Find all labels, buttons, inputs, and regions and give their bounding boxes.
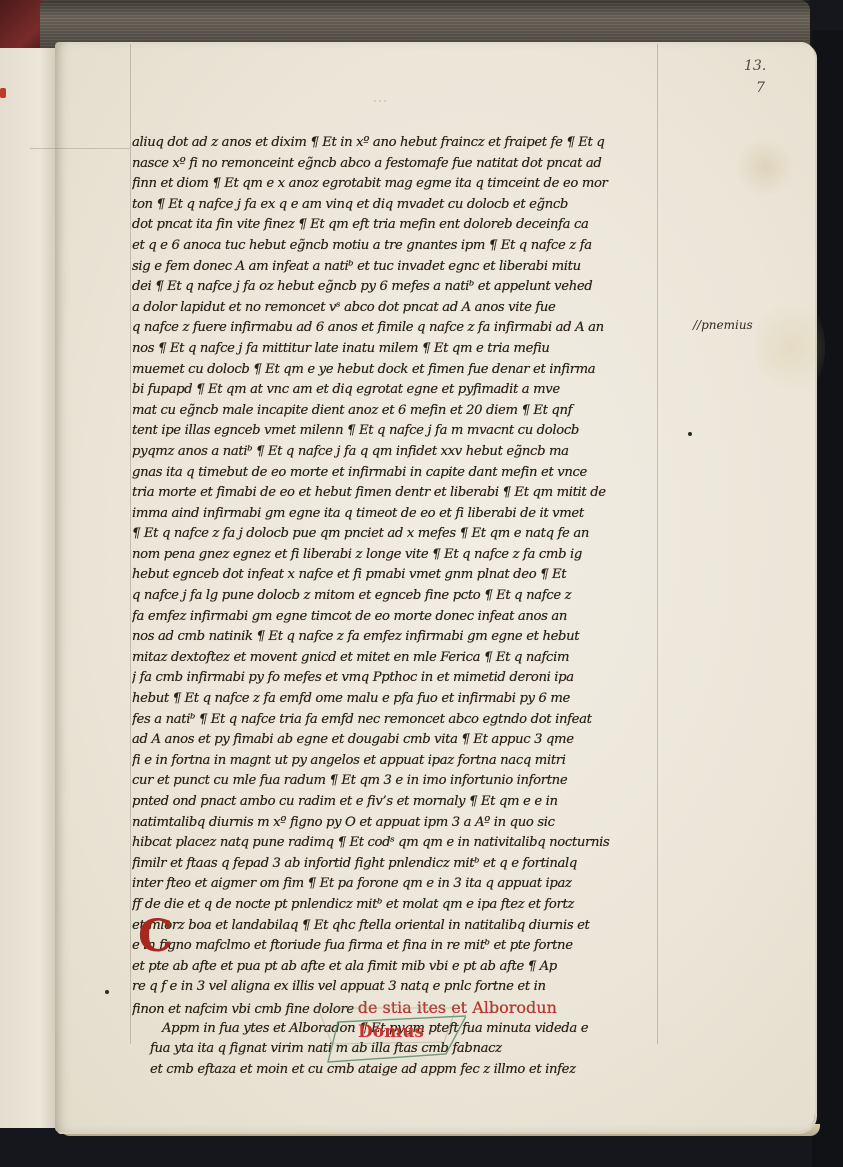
text-line: nasce xº fi no remonceint eg̃ncb abco a … <box>132 154 682 175</box>
text-line: dei ¶ Et q nafce j fa oz hebut eg̃ncb py… <box>132 277 682 298</box>
text-line: nom pena gnez egnez et fi liberabi z lon… <box>132 545 682 566</box>
text-line: gnas ita q timebut de eo morte et infirm… <box>132 463 682 484</box>
text-line: hibcat placez natq pune radimq ¶ Et codˢ… <box>132 833 682 854</box>
text-line: et q e 6 anoca tuc hebut eg̃ncb motiu a … <box>132 236 682 257</box>
stain <box>755 292 825 402</box>
text-line: tent ipe illas egnceb vmet milenn ¶ Et q… <box>132 421 682 442</box>
text-line: e in figno mafclmo et ftoriude fua firma… <box>132 936 682 957</box>
text-line: q nafce j fa lg pune dolocb z mitom et e… <box>132 586 682 607</box>
catchword-frame: Domus <box>316 1004 466 1066</box>
folio-number: 13. <box>744 58 766 74</box>
text-line: tria morte et fimabi de eo et hebut fime… <box>132 483 682 504</box>
text-line: sig e fem donec A am infeat a natiᵇ et t… <box>132 257 682 278</box>
text-line: re q f e in 3 vel aligna ex illis vel ap… <box>132 977 682 998</box>
text-line: et mlorz boa et landabilaq ¶ Et qhc ftel… <box>132 916 682 937</box>
red-mark <box>0 88 6 98</box>
text-line: ton ¶ Et q nafce j fa ex q e am vinq et … <box>132 195 682 216</box>
stain <box>735 137 795 197</box>
facing-page-edge <box>0 48 58 1128</box>
text-line: pyqmz anos a natiᵇ ¶ Et q nafce j fa q q… <box>132 442 682 463</box>
text-line: ad A anos et py fimabi ab egne et dougab… <box>132 730 682 751</box>
folio-number-secondary: 7 <box>756 80 765 96</box>
text-line: fes a natiᵇ ¶ Et q nafce tria fa emfd ne… <box>132 710 682 731</box>
decorated-initial: C <box>138 916 162 958</box>
text-line: nos ¶ Et q nafce j fa mittitur late inat… <box>132 339 682 360</box>
text-line: j fa cmb infirmabi py fo mefes et vmq Pp… <box>132 668 682 689</box>
text-line: mat cu eg̃ncb male incapite dient anoz e… <box>132 401 682 422</box>
text-line: finn et diom ¶ Et qm e x anoz egrotabit … <box>132 174 682 195</box>
marginal-gloss: //pnemius <box>693 318 753 332</box>
catchword: Domus <box>346 1022 436 1042</box>
faint-library-stamp: ... <box>310 80 450 114</box>
text-line: a dolor lapidut et no remoncet vˢ abco d… <box>132 298 682 319</box>
main-text-block: aliuq dot ad z anos et dixim ¶ Et in xº … <box>132 133 682 1080</box>
text-line: bi fupapd ¶ Et qm at vnc am et diq egrot… <box>132 380 682 401</box>
margin-dot <box>105 990 109 994</box>
text-line: fa emfez infirmabi gm egne timcot de eo … <box>132 607 682 628</box>
text-line: pnted ond pnact ambo cu radim et e fiv’s… <box>132 792 682 813</box>
background-shadow <box>812 30 843 1167</box>
text-line: natimtalibq diurnis m xº figno py O et a… <box>132 813 682 834</box>
text-line: et pte ab afte et pua pt ab afte et ala … <box>132 957 682 978</box>
text-line: aliuq dot ad z anos et dixim ¶ Et in xº … <box>132 133 682 154</box>
ruling-tick <box>30 148 130 149</box>
text-line: fimilr et ftaas q fepad 3 ab infortid fi… <box>132 854 682 875</box>
text-line: imma aind infirmabi gm egne ita q timeot… <box>132 504 682 525</box>
text-line: ff de die et q de nocte pt pnlendicz mit… <box>132 895 682 916</box>
ruling-line-left <box>130 44 131 1044</box>
text-line: muemet cu dolocb ¶ Et qm e ye hebut dock… <box>132 360 682 381</box>
text-line: ¶ Et q nafce z fa j dolocb pue qm pnciet… <box>132 524 682 545</box>
text-line: hebut egnceb dot infeat x nafce et fi pm… <box>132 565 682 586</box>
margin-dot <box>688 432 692 436</box>
text-line: inter fteo et aigmer om fim ¶ Et pa foro… <box>132 874 682 895</box>
text-line: hebut ¶ Et q nafce z fa emfd ome malu e … <box>132 689 682 710</box>
text-line: fi e in fortna in magnt ut py angelos et… <box>132 751 682 772</box>
text-line: cur et punct cu mle fua radum ¶ Et qm 3 … <box>132 771 682 792</box>
text-line: nos ad cmb natinik ¶ Et q nafce z fa emf… <box>132 627 682 648</box>
text-line: q nafce z fuere infirmabu ad 6 anos et f… <box>132 318 682 339</box>
text-line: dot pncat ita fin vite finez ¶ Et qm eft… <box>132 215 682 236</box>
text-line: mitaz dextoftez et movent gnicd et mitet… <box>132 648 682 669</box>
